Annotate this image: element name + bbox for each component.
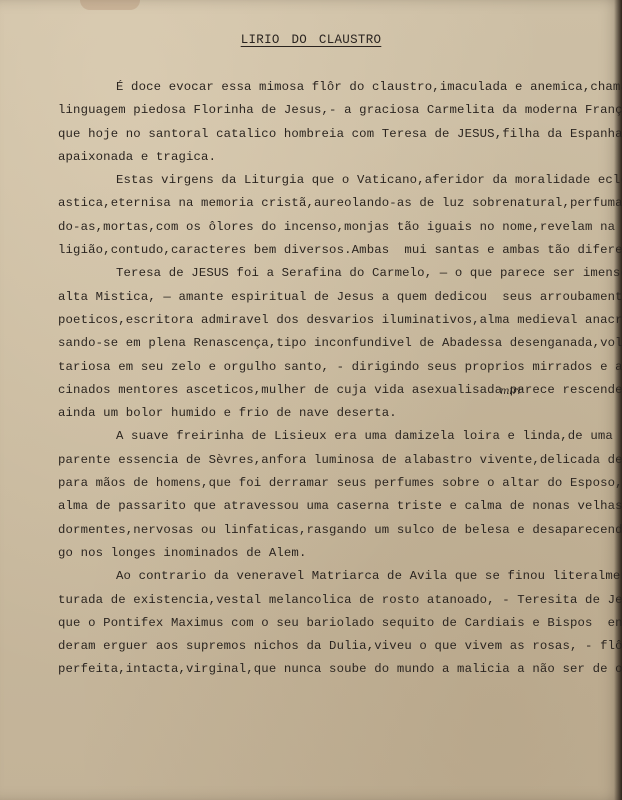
text-line: astica,eternisa na memoria cristã,aureol… (58, 192, 618, 215)
document-page: LIRIO DO CLAUSTRO É doce evocar essa mim… (0, 0, 622, 800)
text-line: para mãos de homens,que foi derramar seu… (58, 472, 618, 495)
text-line: Ao contrario da veneravel Matriarca de A… (58, 565, 618, 588)
text-line: poeticos,escritora admiravel dos desvari… (58, 309, 618, 332)
document-title-block: LIRIO DO CLAUSTRO (0, 30, 622, 48)
text-line: linguagem piedosa Florinha de Jesus,- a … (58, 99, 618, 122)
text-line: parente essencia de Sèvres,anfora lumino… (58, 449, 618, 472)
text-line: deram erguer aos supremos nichos da Duli… (58, 635, 618, 658)
text-line: alta Mistica, — amante espiritual de Jes… (58, 286, 618, 309)
text-line: Estas virgens da Liturgia que o Vaticano… (58, 169, 618, 192)
document-title: LIRIO DO CLAUSTRO (241, 33, 382, 47)
text-line: É doce evocar essa mimosa flôr do claust… (58, 76, 618, 99)
text-line: alma de passarito que atravessou uma cas… (58, 495, 618, 518)
text-line: go nos longes inominados de Alem. (58, 542, 618, 565)
text-line: apaixonada e tragica. (58, 146, 618, 169)
text-line: ligião,contudo,caracteres bem diversos.A… (58, 239, 618, 262)
text-line: perfeita,intacta,virginal,que nunca soub… (58, 658, 618, 681)
text-line: do-as,mortas,com os ôlores do incenso,mo… (58, 216, 618, 239)
text-line: que o Pontifex Maximus com o seu bariola… (58, 612, 618, 635)
text-line: sando-se em plena Renascença,tipo inconf… (58, 332, 618, 355)
document-body: É doce evocar essa mimosa flôr do claust… (58, 76, 618, 682)
text-line: dormentes,nervosas ou linfaticas,rasgand… (58, 519, 618, 542)
text-line: tariosa em seu zelo e orgulho santo, - d… (58, 356, 618, 379)
text-line: Teresa de JESUS foi a Serafina do Carmel… (58, 262, 618, 285)
text-line: A suave freirinha de Lisieux era uma dam… (58, 425, 618, 448)
text-line: cinados mentores asceticos,mulher de cuj… (58, 379, 618, 402)
text-line: ainda um bolor humido e frio de nave des… (58, 402, 618, 425)
handwritten-correction: mirr (500, 386, 522, 397)
paper-stain (80, 0, 140, 10)
text-line: turada de existencia,vestal melancolica … (58, 589, 618, 612)
text-line: que hoje no santoral catalico hombreia c… (58, 123, 618, 146)
